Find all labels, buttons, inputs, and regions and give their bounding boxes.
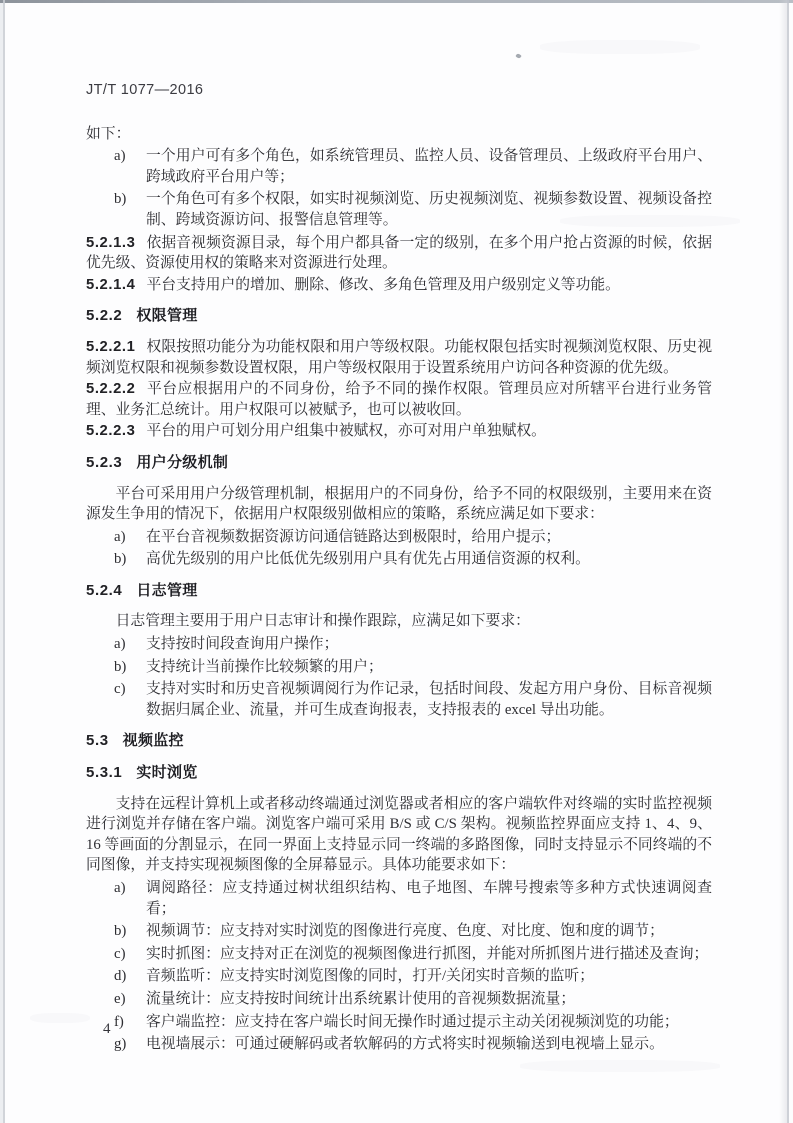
- scan-edge-top: [0, 0, 793, 3]
- heading-5-2-2: 5.2.2权限管理: [86, 306, 712, 327]
- intro-line: 如下：: [86, 124, 712, 145]
- list-item-text: 支持统计当前操作比较频繁的用户；: [146, 657, 712, 678]
- list-item-text: 一个角色可有多个权限，如实时视频浏览、历史视频浏览、视频参数设置、视频设备控制、…: [146, 189, 712, 230]
- list-item-log-b: b) 支持统计当前操作比较频繁的用户；: [86, 657, 712, 678]
- list-item-log-c: c) 支持对实时和历史音视频调阅行为作记录，包括时间段、发起方用户身份、目标音视…: [86, 679, 712, 720]
- list-item-label: a): [114, 878, 146, 919]
- heading-number: 5.2.4: [86, 582, 122, 599]
- list-item-label: f): [114, 1012, 146, 1033]
- list-item-label: a): [114, 527, 146, 548]
- list-item-label: d): [114, 966, 146, 987]
- clause-number: 5.2.1.3: [86, 235, 135, 251]
- list-item-label: c): [114, 679, 146, 720]
- list-item-text: 支持按时间段查询用户操作；: [146, 634, 712, 655]
- list-item-label: a): [114, 146, 146, 187]
- list-item-text: 视频调节：应支持对实时浏览的图像进行亮度、色度、对比度、饱和度的调节；: [146, 921, 712, 942]
- page-content: JT/T 1077—2016 如下： a) 一个用户可有多个角色，如系统管理员、…: [86, 80, 712, 1057]
- page-number: 4: [103, 1021, 111, 1038]
- list-item-text: 客户端监控：应支持在客户端长时间无操作时通过提示主动关闭视频浏览的功能；: [146, 1012, 712, 1033]
- list-item-browse-f: f) 客户端监控：应支持在客户端长时间无操作时通过提示主动关闭视频浏览的功能；: [86, 1012, 712, 1033]
- list-item-label: b): [114, 657, 146, 678]
- heading-5-2-4: 5.2.4日志管理: [86, 581, 712, 602]
- list-item-text: 在平台音视频数据资源访问通信链路达到极限时，给用户提示；: [146, 527, 712, 548]
- heading-title: 实时浏览: [136, 764, 197, 781]
- scan-edge-left: [3, 0, 5, 1123]
- paragraph-5-2-3: 平台可采用用户分级管理机制，根据用户的不同身份，给予不同的权限级别，主要用来在资…: [86, 484, 712, 525]
- heading-number: 5.2.2: [86, 307, 122, 324]
- clause-number: 5.2.1.4: [86, 277, 135, 293]
- list-item-text: 高优先级别的用户比低优先级别用户具有优先占用通信资源的权利。: [146, 549, 712, 570]
- list-item-text: 流量统计：应支持按时间统计出系统累计使用的音视频数据流量；: [146, 989, 712, 1010]
- heading-number: 5.3.1: [86, 764, 122, 781]
- list-item-label: g): [114, 1034, 146, 1055]
- clause-text: 依据音视频资源目录，每个用户都具备一定的级别，在多个用户抢占资源的时候，依据优先…: [86, 235, 712, 272]
- clause-number: 5.2.2.3: [86, 423, 135, 439]
- heading-number: 5.2.3: [86, 454, 122, 471]
- list-item-browse-c: c) 实时抓图：应支持对正在浏览的视频图像进行抓图，并能对所抓图片进行描述及查询…: [86, 944, 712, 965]
- heading-title: 日志管理: [136, 582, 197, 599]
- list-item-browse-g: g) 电视墙展示：可通过硬解码或者软解码的方式将实时视频输送到电视墙上显示。: [86, 1034, 712, 1055]
- paragraph-5-3-1: 支持在远程计算机上或者移动终端通过浏览器或者相应的客户端软件对终端的实时监控视频…: [86, 794, 712, 876]
- list-item-browse-e: e) 流量统计：应支持按时间统计出系统累计使用的音视频数据流量；: [86, 989, 712, 1010]
- list-item-label: c): [114, 944, 146, 965]
- heading-5-3: 5.3视频监控: [86, 731, 712, 752]
- list-item-label: b): [114, 189, 146, 230]
- heading-5-2-3: 5.2.3用户分级机制: [86, 453, 712, 474]
- list-item-browse-d: d) 音频监听：应支持实时浏览图像的同时，打开/关闭实时音频的监听；: [86, 966, 712, 987]
- scan-smudge: [30, 1013, 90, 1023]
- list-item-label: b): [114, 921, 146, 942]
- clause-number: 5.2.2.2: [86, 381, 135, 397]
- list-item-label: e): [114, 989, 146, 1010]
- document-page: JT/T 1077—2016 如下： a) 一个用户可有多个角色，如系统管理员、…: [0, 0, 793, 1123]
- list-item-label: a): [114, 634, 146, 655]
- clause-text: 平台应根据用户的不同身份，给予不同的操作权限。管理员应对所辖平台进行业务管理、业…: [86, 381, 712, 418]
- clause-text: 平台的用户可划分用户组集中被赋权，亦可对用户单独赋权。: [146, 423, 546, 439]
- scan-speck: [515, 53, 521, 59]
- list-item-grading-a: a) 在平台音视频数据资源访问通信链路达到极限时，给用户提示；: [86, 527, 712, 548]
- list-item-role-b: b) 一个角色可有多个权限，如实时视频浏览、历史视频浏览、视频参数设置、视频设备…: [86, 189, 712, 230]
- list-item-text: 调阅路径：应支持通过树状组织结构、电子地图、车牌号搜索等多种方式快速调阅查看；: [146, 878, 712, 919]
- list-item-log-a: a) 支持按时间段查询用户操作；: [86, 634, 712, 655]
- heading-title: 用户分级机制: [136, 454, 228, 471]
- clause-text: 权限按照功能分为功能权限和用户等级权限。功能权限包括实时视频浏览权限、历史视频浏…: [86, 339, 712, 376]
- heading-title: 权限管理: [136, 307, 197, 324]
- clause-text: 平台支持用户的增加、删除、修改、多角色管理及用户级别定义等功能。: [146, 277, 620, 293]
- scan-smudge: [520, 1060, 720, 1072]
- scan-edge-right: [787, 0, 789, 1123]
- scan-smudge: [540, 40, 700, 54]
- scan-edge-right-shade: [779, 0, 787, 1123]
- clause-5-2-2-1: 5.2.2.1权限按照功能分为功能权限和用户等级权限。功能权限包括实时视频浏览权…: [86, 337, 712, 378]
- clause-5-2-2-3: 5.2.2.3平台的用户可划分用户组集中被赋权，亦可对用户单独赋权。: [86, 421, 712, 442]
- clause-number: 5.2.2.1: [86, 339, 135, 355]
- clause-5-2-1-3: 5.2.1.3依据音视频资源目录，每个用户都具备一定的级别，在多个用户抢占资源的…: [86, 233, 712, 274]
- list-item-grading-b: b) 高优先级别的用户比低优先级别用户具有优先占用通信资源的权利。: [86, 549, 712, 570]
- list-item-text: 音频监听：应支持实时浏览图像的同时，打开/关闭实时音频的监听；: [146, 966, 712, 987]
- list-item-text: 支持对实时和历史音视频调阅行为作记录，包括时间段、发起方用户身份、目标音视频数据…: [146, 679, 712, 720]
- list-item-text: 实时抓图：应支持对正在浏览的视频图像进行抓图，并能对所抓图片进行描述及查询；: [146, 944, 712, 965]
- list-item-role-a: a) 一个用户可有多个角色，如系统管理员、监控人员、设备管理员、上级政府平台用户…: [86, 146, 712, 187]
- heading-title: 视频监控: [123, 732, 184, 749]
- clause-5-2-1-4: 5.2.1.4平台支持用户的增加、删除、修改、多角色管理及用户级别定义等功能。: [86, 275, 712, 296]
- list-item-text: 一个用户可有多个角色，如系统管理员、监控人员、设备管理员、上级政府平台用户、跨域…: [146, 146, 712, 187]
- heading-5-3-1: 5.3.1实时浏览: [86, 763, 712, 784]
- list-item-label: b): [114, 549, 146, 570]
- list-item-text: 电视墙展示：可通过硬解码或者软解码的方式将实时视频输送到电视墙上显示。: [146, 1034, 712, 1055]
- list-item-browse-a: a) 调阅路径：应支持通过树状组织结构、电子地图、车牌号搜索等多种方式快速调阅查…: [86, 878, 712, 919]
- doc-number-header: JT/T 1077—2016: [86, 80, 712, 101]
- clause-5-2-2-2: 5.2.2.2平台应根据用户的不同身份，给予不同的操作权限。管理员应对所辖平台进…: [86, 379, 712, 420]
- paragraph-5-2-4: 日志管理主要用于用户日志审计和操作跟踪，应满足如下要求：: [86, 611, 712, 632]
- list-item-browse-b: b) 视频调节：应支持对实时浏览的图像进行亮度、色度、对比度、饱和度的调节；: [86, 921, 712, 942]
- heading-number: 5.3: [86, 732, 109, 749]
